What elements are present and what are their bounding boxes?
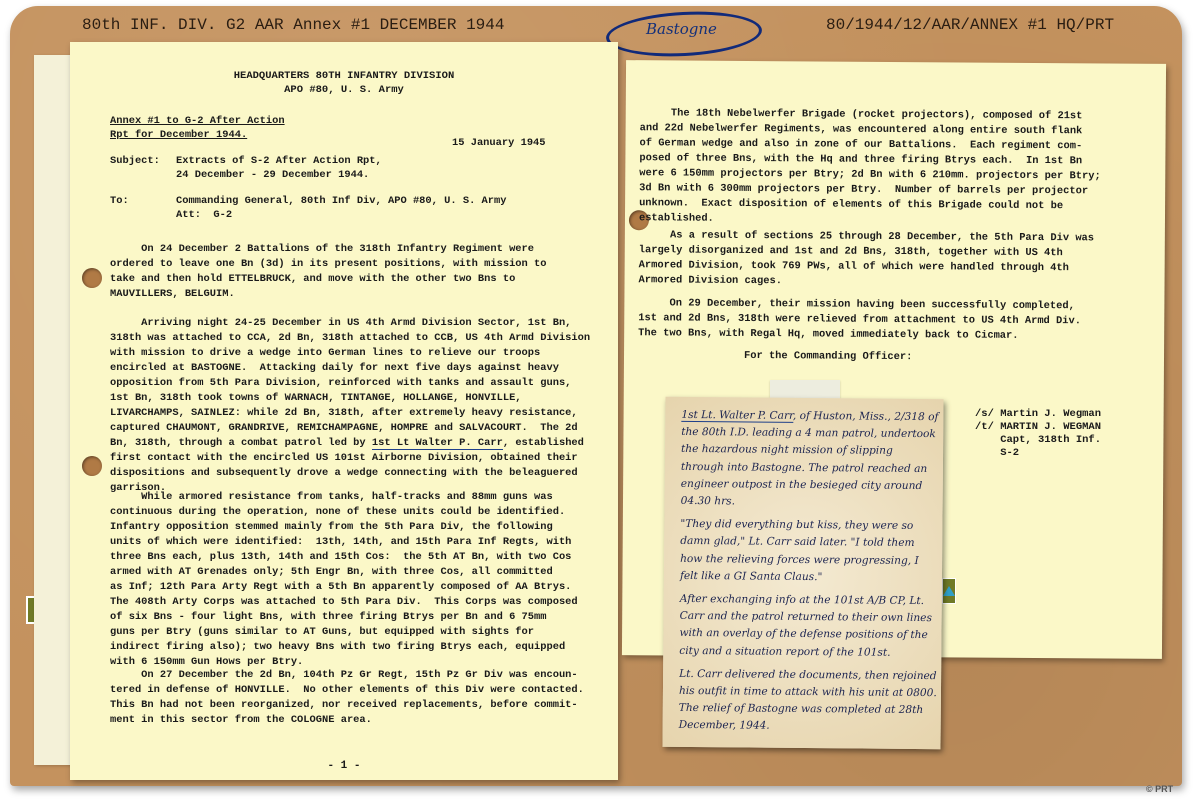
note-paragraph-4: Lt. Carr delivered the documents, then r… <box>679 666 938 737</box>
subject-line-2: 24 December - 29 December 1944. <box>176 168 369 183</box>
paragraph-2-text: Arriving night 24-25 December in US 4th … <box>110 317 590 449</box>
document-date: 15 January 1945 <box>452 136 546 151</box>
subject-label: Subject: <box>110 154 160 169</box>
signature-block: /s/ Martin J. Wegman /t/ MARTIN J. WEGMA… <box>975 408 1101 460</box>
punch-hole <box>82 456 102 476</box>
punch-hole <box>82 268 102 288</box>
paragraph-2: Arriving night 24-25 December in US 4th … <box>110 316 590 496</box>
hq-address: APO #80, U. S. Army <box>70 84 618 96</box>
carr-name-highlight: 1st Lt Walter P. Carr <box>372 437 503 450</box>
annex-subtitle: Rpt for December 1944. <box>110 128 247 143</box>
note-paragraph-1-text: , of Huston, Miss., 2/318 of the 80th I.… <box>681 410 939 508</box>
subject-line-1: Extracts of S-2 After Action Rpt, <box>176 154 382 169</box>
note-body: 1st Lt. Walter P. Carr, of Huston, Miss.… <box>679 407 940 743</box>
bastogne-handwritten-label: Bastogne <box>646 20 717 38</box>
folder-tab-reference: 80/1944/12/AAR/ANNEX #1 HQ/PRT <box>826 16 1114 34</box>
hq-heading: HEADQUARTERS 80TH INFANTRY DIVISION <box>70 70 618 82</box>
note-paragraph-1: 1st Lt. Walter P. Carr, of Huston, Miss.… <box>681 407 940 512</box>
page2-paragraph-3: On 29 December, their mission having bee… <box>638 296 1081 344</box>
division-insignia-partial-icon <box>942 578 956 604</box>
page2-paragraph-1: The 18th Nebelwerfer Brigade (rocket pro… <box>639 106 1101 229</box>
paragraph-1: On 24 December 2 Battalions of the 318th… <box>110 242 546 302</box>
paragraph-4: On 27 December the 2d Bn, 104th Pz Gr Re… <box>110 668 584 728</box>
copyright-notice: © PRT <box>1146 784 1173 794</box>
page2-paragraph-2: As a result of sections 25 through 28 De… <box>638 228 1094 291</box>
closing-line: For the Commanding Officer: <box>744 349 912 365</box>
annex-title: Annex #1 to G-2 After Action <box>110 114 285 129</box>
to-line-2: Att: G-2 <box>176 208 232 223</box>
to-label: To: <box>110 194 129 209</box>
to-line-1: Commanding General, 80th Inf Div, APO #8… <box>176 194 506 209</box>
note-name: 1st Lt. Walter P. Carr <box>681 409 793 423</box>
note-paragraph-3: After exchanging info at the 101st A/B C… <box>679 591 938 662</box>
folder-tab-title: 80th INF. DIV. G2 AAR Annex #1 DECEMBER … <box>82 16 504 34</box>
note-paragraph-2: "They did everything but kiss, they were… <box>680 516 939 587</box>
handwritten-note-card: 1st Lt. Walter P. Carr, of Huston, Miss.… <box>662 397 943 749</box>
page-number: - 1 - <box>70 760 618 772</box>
paragraph-3: While armored resistance from tanks, hal… <box>110 490 578 670</box>
document-page-1: HEADQUARTERS 80TH INFANTRY DIVISION APO … <box>70 42 618 780</box>
